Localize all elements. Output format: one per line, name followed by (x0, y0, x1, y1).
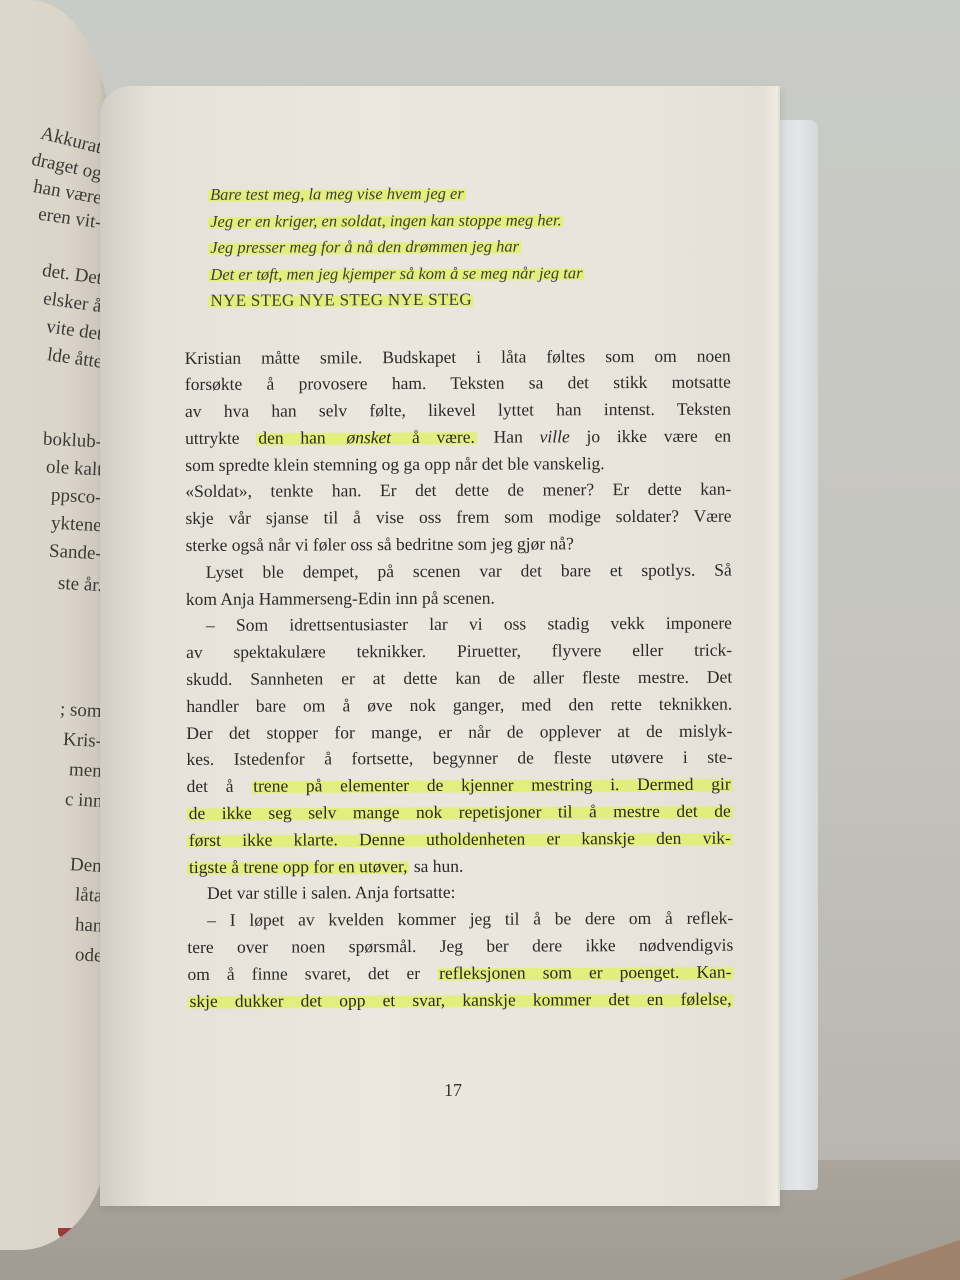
highlighted-text: refleksjonen som er poenget. Kan- (437, 961, 733, 982)
left-page-fragment: låta (74, 884, 103, 907)
song-lyrics-verse: Bare test meg, la meg vise hvem jeg erJe… (208, 180, 731, 315)
left-page-fragment: Kris- (62, 729, 102, 753)
text-line: Det var stille i salen. Anja fortsatte: (187, 878, 733, 907)
left-page-fragment: c inn (64, 789, 103, 813)
text-segment: forsøkte å provosere ham. Teksten sa det… (185, 372, 731, 394)
left-page-fragment: ppsco- (51, 485, 103, 510)
left-page: Akkuratdraget oghan væreeren vit-det. De… (0, 0, 110, 1250)
text-line: tigste å trene opp for en utøver, sa hun… (187, 851, 733, 880)
text-segment: «Soldat», tenkte han. Er det dette de me… (185, 479, 731, 501)
left-page-fragment: yktene (51, 513, 103, 538)
left-page-fragment: han (74, 914, 103, 937)
text-segment: tere over noen spørsmål. Jeg ber dere ik… (187, 935, 733, 957)
right-page-content: Bare test meg, la meg vise hvem jeg erJe… (184, 180, 734, 1015)
text-segment: – Som idrettsentusiaster lar vi oss stad… (206, 613, 732, 635)
text-line: forsøkte å provosere ham. Teksten sa det… (185, 369, 731, 398)
text-segment: ville (540, 426, 570, 446)
left-page-fragment: vite det (44, 316, 103, 346)
text-segment: uttrykte (185, 428, 256, 448)
bookmark-ribbon (58, 1228, 78, 1238)
highlighted-text: trene på elementer de kjenner mestring i… (251, 774, 733, 796)
text-line: kes. Istedenfor å fortsette, begynner de… (186, 744, 732, 773)
highlighted-text: å være. (393, 427, 477, 447)
text-line: først ikke klarte. Denne utholdenheten e… (187, 824, 733, 853)
highlighted-text: de ikke seg selv mange nok repetisjoner … (187, 801, 733, 823)
text-line: Kristian måtte smile. Budskapet i låta f… (185, 342, 731, 371)
text-line: uttrykte den han ønsket å være. Han vill… (185, 423, 731, 452)
left-page-fragment: lde åtte (45, 344, 103, 373)
lyric-line: Jeg er en kriger, en soldat, ingen kan s… (208, 206, 730, 235)
text-segment: skudd. Sannheten er at dette kan de alle… (186, 667, 732, 689)
left-page-fragment: det. Det (41, 260, 104, 290)
highlighted-text: tigste å trene opp for en utøver, (187, 856, 410, 877)
text-segment: av spektakulære teknikker. Piruetter, fl… (186, 640, 732, 662)
text-segment: jo ikke være en (570, 426, 731, 447)
left-page-fragment: Den (70, 854, 103, 878)
text-line: – I løpet av kvelden kommer jeg til å be… (187, 905, 733, 934)
text-segment: Der det stopper for mange, er når de opp… (186, 720, 732, 742)
text-segment: det å (187, 776, 252, 796)
text-line: – Som idrettsentusiaster lar vi oss stad… (186, 610, 732, 639)
left-page-fragment: ode (74, 944, 103, 967)
text-line: Der det stopper for mange, er når de opp… (186, 717, 732, 746)
text-line: kom Anja Hammerseng-Edin inn på scenen. (186, 583, 732, 612)
text-line: av spektakulære teknikker. Piruetter, fl… (186, 637, 732, 666)
highlighted-text: skje dukker det opp et svar, kanskje kom… (188, 988, 734, 1010)
text-line: sterke også når vi føler oss så bedritne… (186, 530, 732, 559)
highlighted-text: Bare test meg, la meg vise hvem jeg er (208, 184, 466, 204)
page-number: 17 (444, 1080, 462, 1101)
left-page-fragment: ole kalt (45, 457, 103, 482)
text-line: av hva han selv følte, likevel lyttet ha… (185, 396, 731, 425)
text-segment: Han (477, 426, 540, 446)
text-segment: Det var stille i salen. Anja fortsatte: (207, 882, 455, 903)
text-line: det å trene på elementer de kjenner mest… (187, 771, 733, 800)
left-page-fragment: ; som (60, 699, 103, 723)
text-line: tere over noen spørsmål. Jeg ber dere ik… (187, 932, 733, 961)
lyric-line: Det er tøft, men jeg kjemper så kom å se… (208, 259, 730, 288)
highlighted-text: Det er tøft, men jeg kjemper så kom å se… (208, 263, 584, 284)
text-segment: sa hun. (409, 855, 463, 875)
text-segment: Kristian måtte smile. Budskapet i låta f… (185, 345, 731, 367)
highlighted-text: Jeg presser meg for å nå den drømmen jeg… (208, 237, 521, 257)
text-line: som spredte klein stemning og ga opp når… (185, 449, 731, 478)
text-line: skudd. Sannheten er at dette kan de alle… (186, 664, 732, 693)
highlighted-text: NYE STEG NYE STEG NYE STEG (208, 290, 473, 310)
left-page-fragment: men (69, 759, 103, 783)
lyric-line: Bare test meg, la meg vise hvem jeg er (208, 180, 730, 209)
text-segment: kes. Istedenfor å fortsette, begynner de… (186, 747, 732, 769)
text-segment: skje vår sjanse til å vise oss frem som … (185, 506, 731, 528)
text-line: skje dukker det opp et svar, kanskje kom… (188, 985, 734, 1014)
left-page-fragment: elsker å (42, 288, 103, 318)
text-segment: av hva han selv følte, likevel lyttet ha… (185, 399, 731, 421)
highlighted-text: først ikke klarte. Denne utholdenheten e… (187, 827, 733, 849)
text-segment: sterke også når vi føler oss så bedritne… (186, 533, 574, 555)
lyric-line: Jeg presser meg for å nå den drømmen jeg… (208, 233, 730, 262)
text-line: Lyset ble dempet, på scenen var det bare… (186, 556, 732, 585)
lyric-line: NYE STEG NYE STEG NYE STEG (208, 286, 730, 315)
highlighted-text: Jeg er en kriger, en soldat, ingen kan s… (208, 210, 564, 231)
text-line: skje vår sjanse til å vise oss frem som … (185, 503, 731, 532)
text-segment: handler bare om å øve nok ganger, med de… (186, 693, 732, 715)
text-line: «Soldat», tenkte han. Er det dette de me… (185, 476, 731, 505)
highlighted-text: ønsket (344, 427, 393, 447)
text-segment: Lyset ble dempet, på scenen var det bare… (206, 559, 732, 581)
highlighted-text: den han (256, 427, 344, 447)
text-line: om å finne svaret, det er refleksjonen s… (187, 958, 733, 987)
page-stack-edge (766, 86, 778, 1206)
text-line: de ikke seg selv mange nok repetisjoner … (187, 798, 733, 827)
text-segment: som spredte klein stemning og ga opp når… (185, 453, 605, 475)
left-page-fragment: ste år. (57, 573, 102, 597)
text-line: handler bare om å øve nok ganger, med de… (186, 690, 732, 719)
left-page-fragment: boklub- (42, 428, 102, 453)
text-segment: kom Anja Hammerseng-Edin inn på scenen. (186, 587, 495, 608)
body-text: Kristian måtte smile. Budskapet i låta f… (185, 342, 734, 1014)
text-segment: om å finne svaret, det er (187, 963, 437, 984)
text-segment: – I løpet av kvelden kommer jeg til å be… (207, 908, 733, 930)
left-page-fragment: Sande- (49, 541, 103, 566)
